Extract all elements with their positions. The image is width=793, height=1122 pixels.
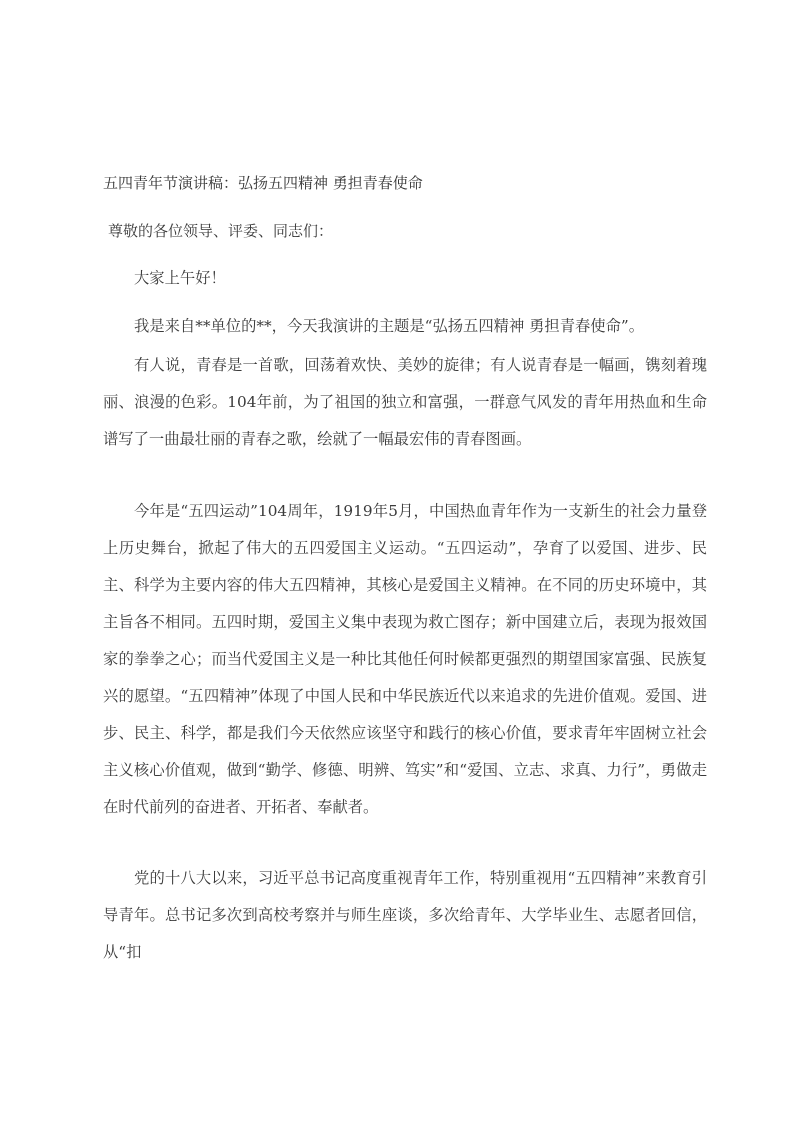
paragraph-greeting: 大家上午好！ (103, 260, 707, 297)
paragraph-party-congress: 党的十八大以来，习近平总书记高度重视青年工作，特别重视用“五四精神”来教育引导青… (103, 860, 707, 971)
paragraph-intro: 我是来自**单位的**，今天我演讲的主题是“弘扬五四精神 勇担青春使命”。 (103, 308, 707, 345)
paragraph-may-fourth-movement: 今年是“五四运动”104周年，1919年5月，中国热血青年作为一支新生的社会力量… (103, 493, 707, 826)
document-title: 五四青年节演讲稿：弘扬五四精神 勇担青春使命 (103, 173, 423, 193)
salutation: 尊敬的各位领导、评委、同志们： (108, 221, 333, 241)
paragraph-youth-song: 有人说，青春是一首歌，回荡着欢快、美妙的旋律；有人说青春是一幅画，镌刻着瑰丽、浪… (103, 347, 707, 458)
